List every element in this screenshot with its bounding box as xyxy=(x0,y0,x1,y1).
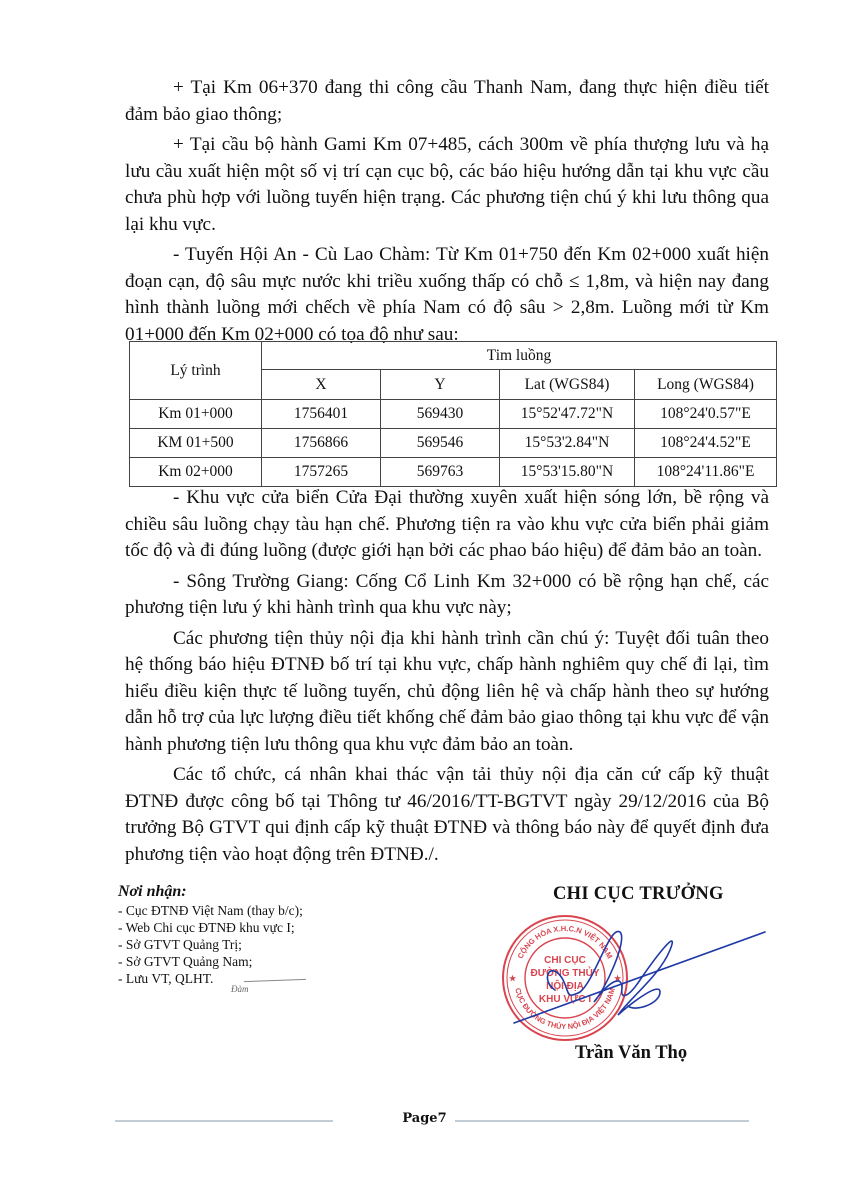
recipient-item: - Web Chi cục ĐTNĐ khu vực I; xyxy=(118,919,303,936)
header-long: Long (WGS84) xyxy=(635,370,777,400)
header-y: Y xyxy=(381,370,500,400)
header-lat: Lat (WGS84) xyxy=(500,370,635,400)
recipient-item: - Sở GTVT Quảng Trị; xyxy=(118,936,303,953)
cell-y: 569763 xyxy=(381,458,500,487)
table-row: Km 01+000 1756401 569430 15°52'47.72"N 1… xyxy=(130,400,777,429)
drafter-initials: Đàm xyxy=(231,984,249,994)
signer-name: Trần Văn Thọ xyxy=(575,1043,687,1064)
cell-x: 1756401 xyxy=(262,400,381,429)
coordinates-table: Lý trình Tim luồng X Y Lat (WGS84) Long … xyxy=(129,341,777,487)
table-row: Km 02+000 1757265 569763 15°53'15.80"N 1… xyxy=(130,458,777,487)
cell-route: Km 02+000 xyxy=(130,458,262,487)
cell-x: 1756866 xyxy=(262,429,381,458)
cell-long: 108°24'11.86"E xyxy=(635,458,777,487)
paragraph: + Tại Km 06+370 đang thi công cầu Thanh … xyxy=(125,75,769,128)
table-row: KM 01+500 1756866 569546 15°53'2.84"N 10… xyxy=(130,429,777,458)
cell-y: 569430 xyxy=(381,400,500,429)
cell-x: 1757265 xyxy=(262,458,381,487)
cell-route: Km 01+000 xyxy=(130,400,262,429)
body-block-bottom: - Khu vực cửa biển Cửa Đại thường xuyên … xyxy=(125,485,769,868)
recipients-title: Nơi nhận: xyxy=(118,883,303,901)
cell-y: 569546 xyxy=(381,429,500,458)
cell-lat: 15°52'47.72"N xyxy=(500,400,635,429)
signer-title: CHI CỤC TRƯỞNG xyxy=(553,884,724,905)
paragraph: + Tại cầu bộ hành Gami Km 07+485, cách 3… xyxy=(125,132,769,238)
header-route: Lý trình xyxy=(130,342,262,400)
header-x: X xyxy=(262,370,381,400)
cell-lat: 15°53'15.80"N xyxy=(500,458,635,487)
page-number: Page7 xyxy=(0,1111,849,1126)
document-page: + Tại Km 06+370 đang thi công cầu Thanh … xyxy=(0,0,849,1200)
paragraph: - Tuyến Hội An - Cù Lao Chàm: Từ Km 01+7… xyxy=(125,242,769,348)
header-channel-center: Tim luồng xyxy=(262,342,777,370)
cell-long: 108°24'4.52"E xyxy=(635,429,777,458)
recipients-block: Nơi nhận: - Cục ĐTNĐ Việt Nam (thay b/c)… xyxy=(118,883,303,987)
cell-long: 108°24'0.57"E xyxy=(635,400,777,429)
paragraph: Các phương tiện thủy nội địa khi hành tr… xyxy=(125,626,769,759)
paragraph: - Sông Trường Giang: Cống Cổ Linh Km 32+… xyxy=(125,569,769,622)
paragraph: Các tổ chức, cá nhân khai thác vận tải t… xyxy=(125,762,769,868)
cell-lat: 15°53'2.84"N xyxy=(500,429,635,458)
handwritten-signature-icon xyxy=(510,920,770,1050)
body-block-top: + Tại Km 06+370 đang thi công cầu Thanh … xyxy=(125,75,769,348)
cell-route: KM 01+500 xyxy=(130,429,262,458)
recipient-item: - Sở GTVT Quảng Nam; xyxy=(118,953,303,970)
recipient-item: - Lưu VT, QLHT. xyxy=(118,970,303,987)
recipient-item: - Cục ĐTNĐ Việt Nam (thay b/c); xyxy=(118,902,303,919)
paragraph: - Khu vực cửa biển Cửa Đại thường xuyên … xyxy=(125,485,769,565)
page-number-label: Page7 xyxy=(394,1111,454,1126)
